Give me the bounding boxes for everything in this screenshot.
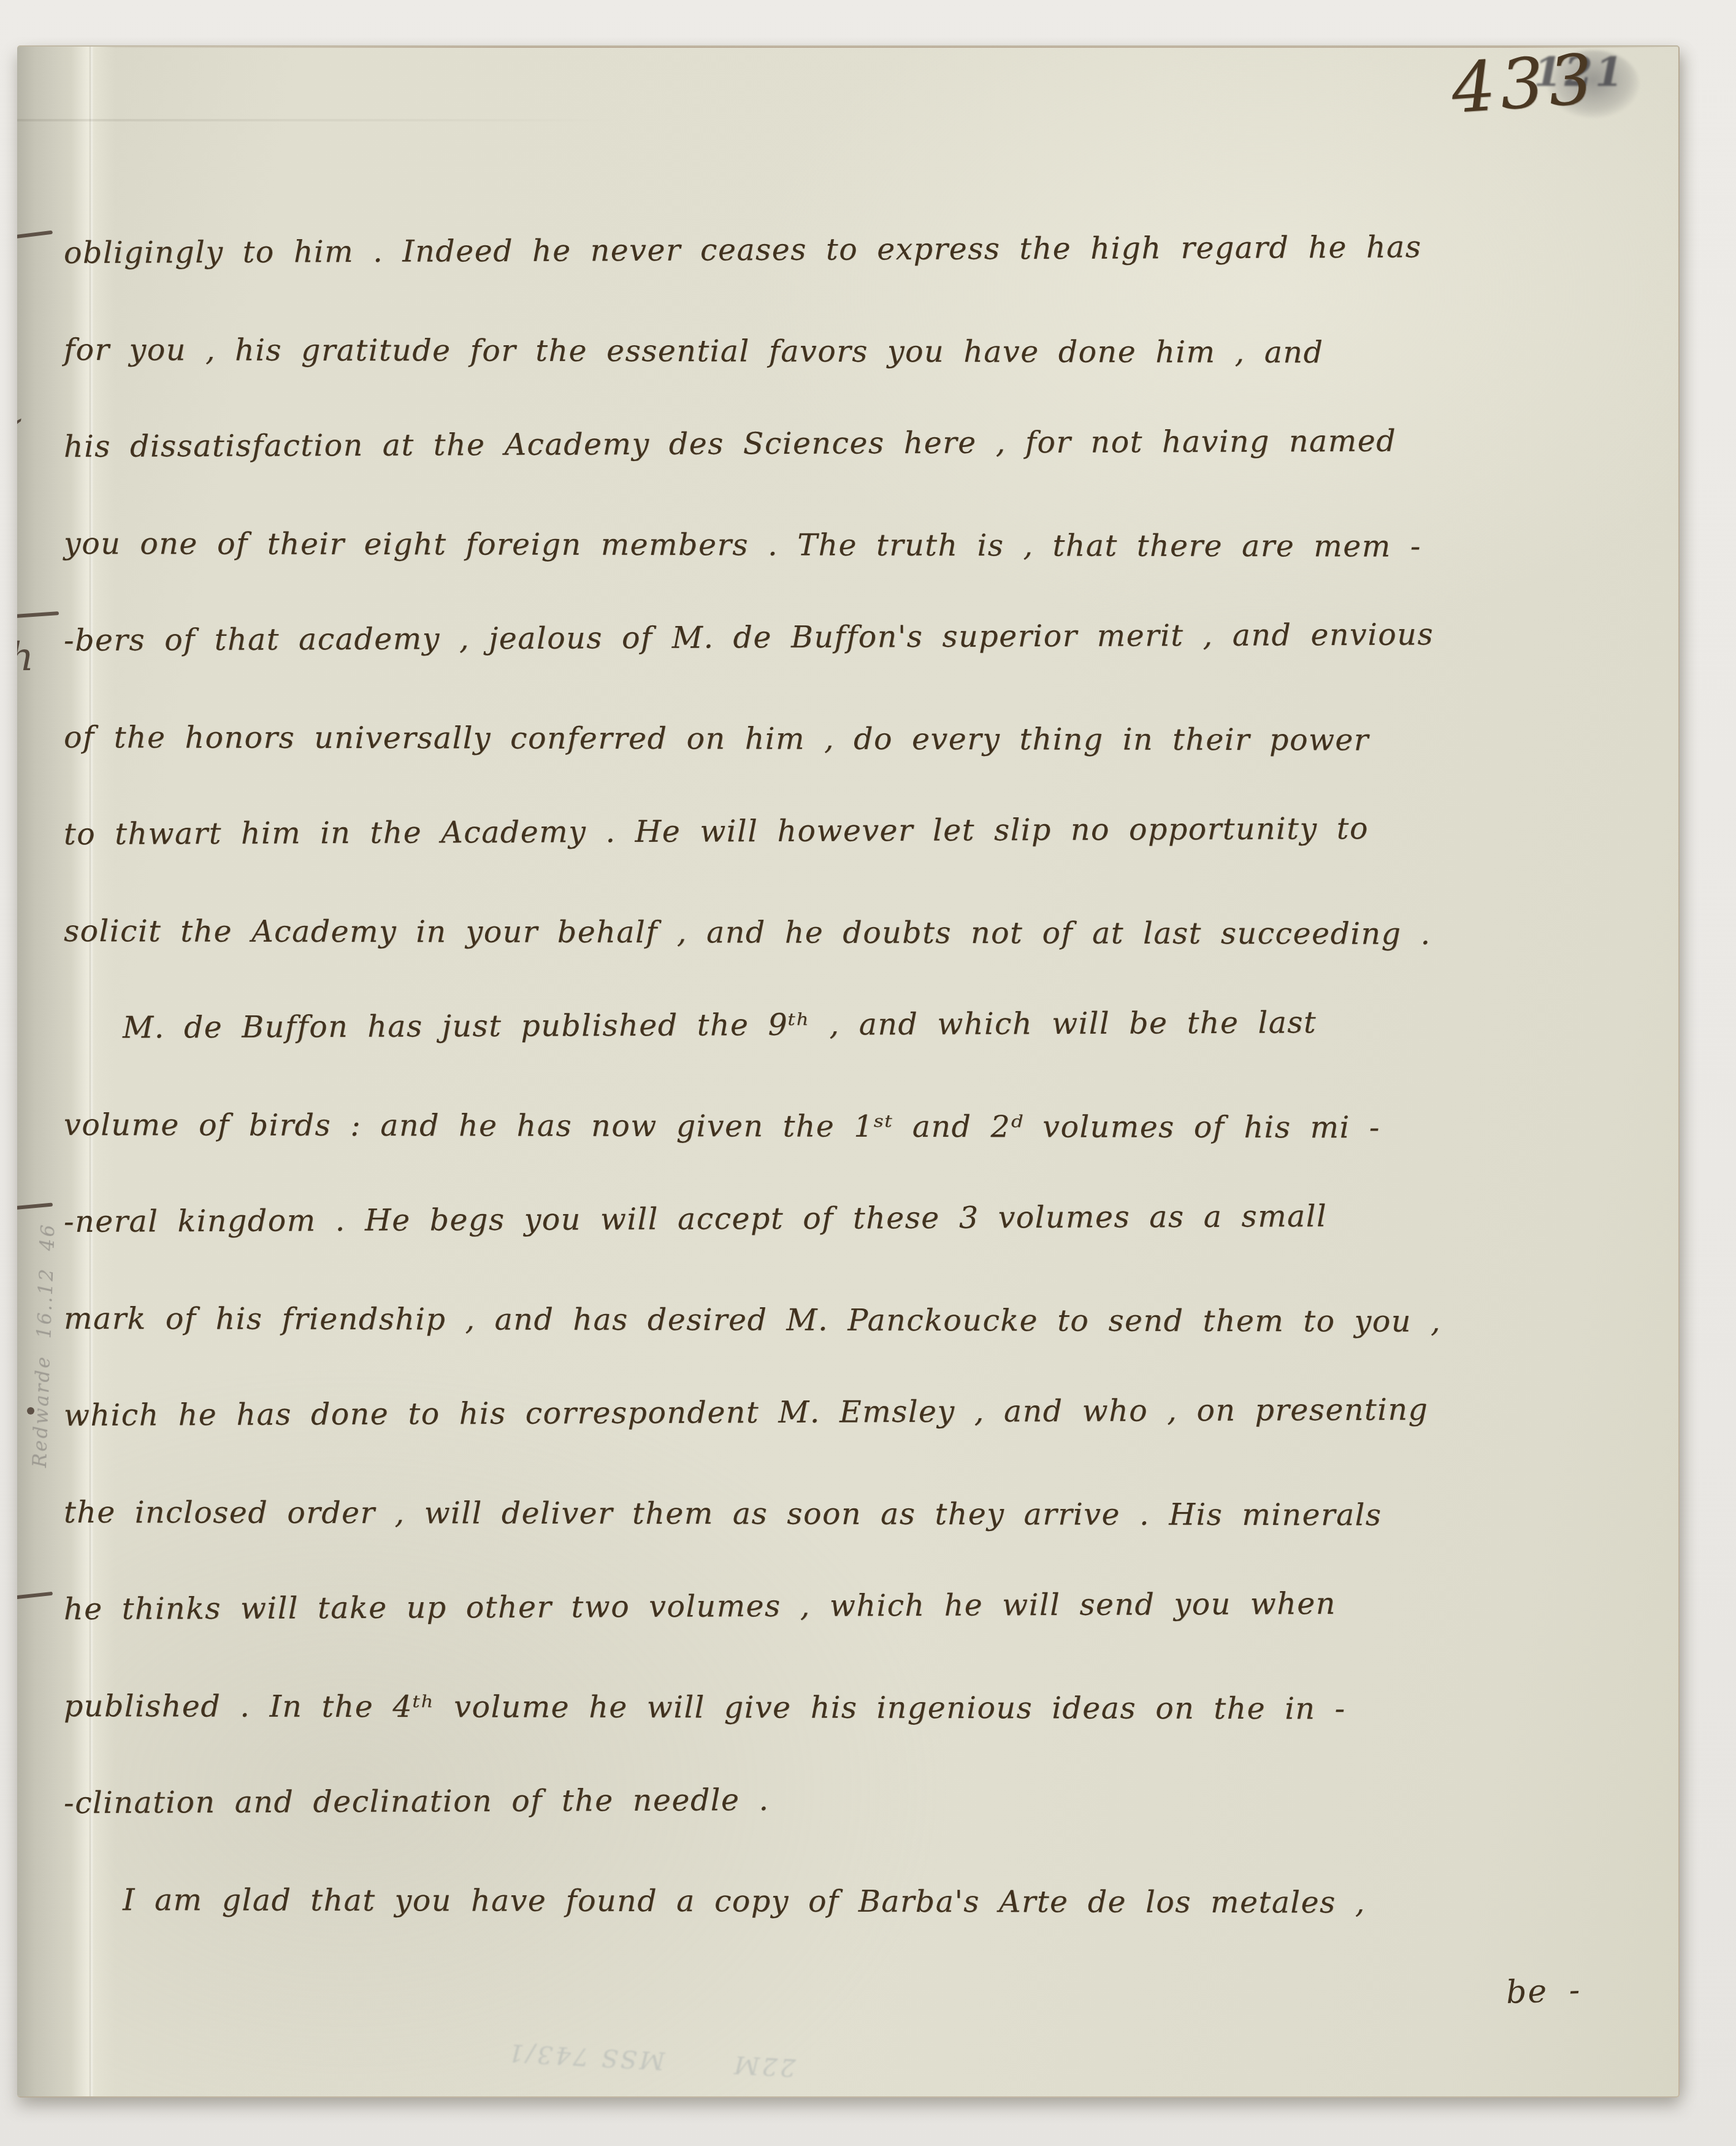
manuscript-line: published . In the 4ᵗʰ volume he will gi… [64,1658,1634,1758]
manuscript-line: for you , his gratitude for the essentia… [64,302,1634,402]
bottom-pencil-note: 22M [732,2050,797,2082]
manuscript-line: he thinks will take up other two volumes… [64,1554,1634,1658]
catchword: be - [1505,1972,1581,2011]
manuscript-line: the inclosed order , will deliver them a… [64,1464,1634,1564]
gutter-stray-letter: h [17,638,34,677]
manuscript-page: ( h ) 121 433 obligingly to him . Indeed… [17,45,1680,2098]
horizontal-crease [17,119,618,121]
manuscript-line: his dissatisfaction at the Academy des S… [64,392,1634,495]
manuscript-line: to thwart him in the Academy . He will h… [64,779,1634,883]
manuscript-line: -neral kingdom . He begs you will accept… [64,1167,1634,1270]
bottom-pencil-notes: 22M MSS 743/1 [305,2028,796,2082]
manuscript-line: -clination and declination of the needle… [64,1748,1634,1852]
manuscript-line-paragraph-start: M. de Buffon has just published the 9ᵗʰ … [64,973,1634,1077]
spine-pencil-note: Redwarde 16..12 46 [29,1223,59,1468]
gutter-ink-mark: ) [17,1874,19,1919]
manuscript-line: mark of his friendship , and has desired… [64,1270,1634,1370]
bottom-pencil-note: MSS 743/1 [505,2038,665,2074]
folio-number-group: 121 433 [1396,47,1654,181]
manuscript-line-paragraph-start: I am glad that you have found a copy of … [64,1852,1634,1952]
manuscript-line: solicit the Academy in your behalf , and… [64,883,1634,983]
folio-number-ink: 433 [1449,45,1600,129]
gutter-ink-mark: ( [17,414,20,470]
gutter-ink-mark [17,231,53,239]
manuscript-line: you one of their eight foreign members .… [64,495,1634,595]
manuscript-line: which he has done to his correspondent M… [64,1361,1634,1464]
gutter-ink-mark [17,1203,53,1211]
gutter-ink-mark [17,611,59,619]
manuscript-line: -bers of that academy , jealous of M. de… [64,586,1634,689]
manuscript-line: volume of birds : and he has now given t… [64,1077,1634,1177]
manuscript-line: of the honors universally conferred on h… [64,689,1634,789]
manuscript-line: obligingly to him . Indeed he never ceas… [64,198,1634,302]
letter-body: obligingly to him . Indeed he never ceas… [64,205,1634,1949]
gutter-ink-mark [17,1592,53,1600]
